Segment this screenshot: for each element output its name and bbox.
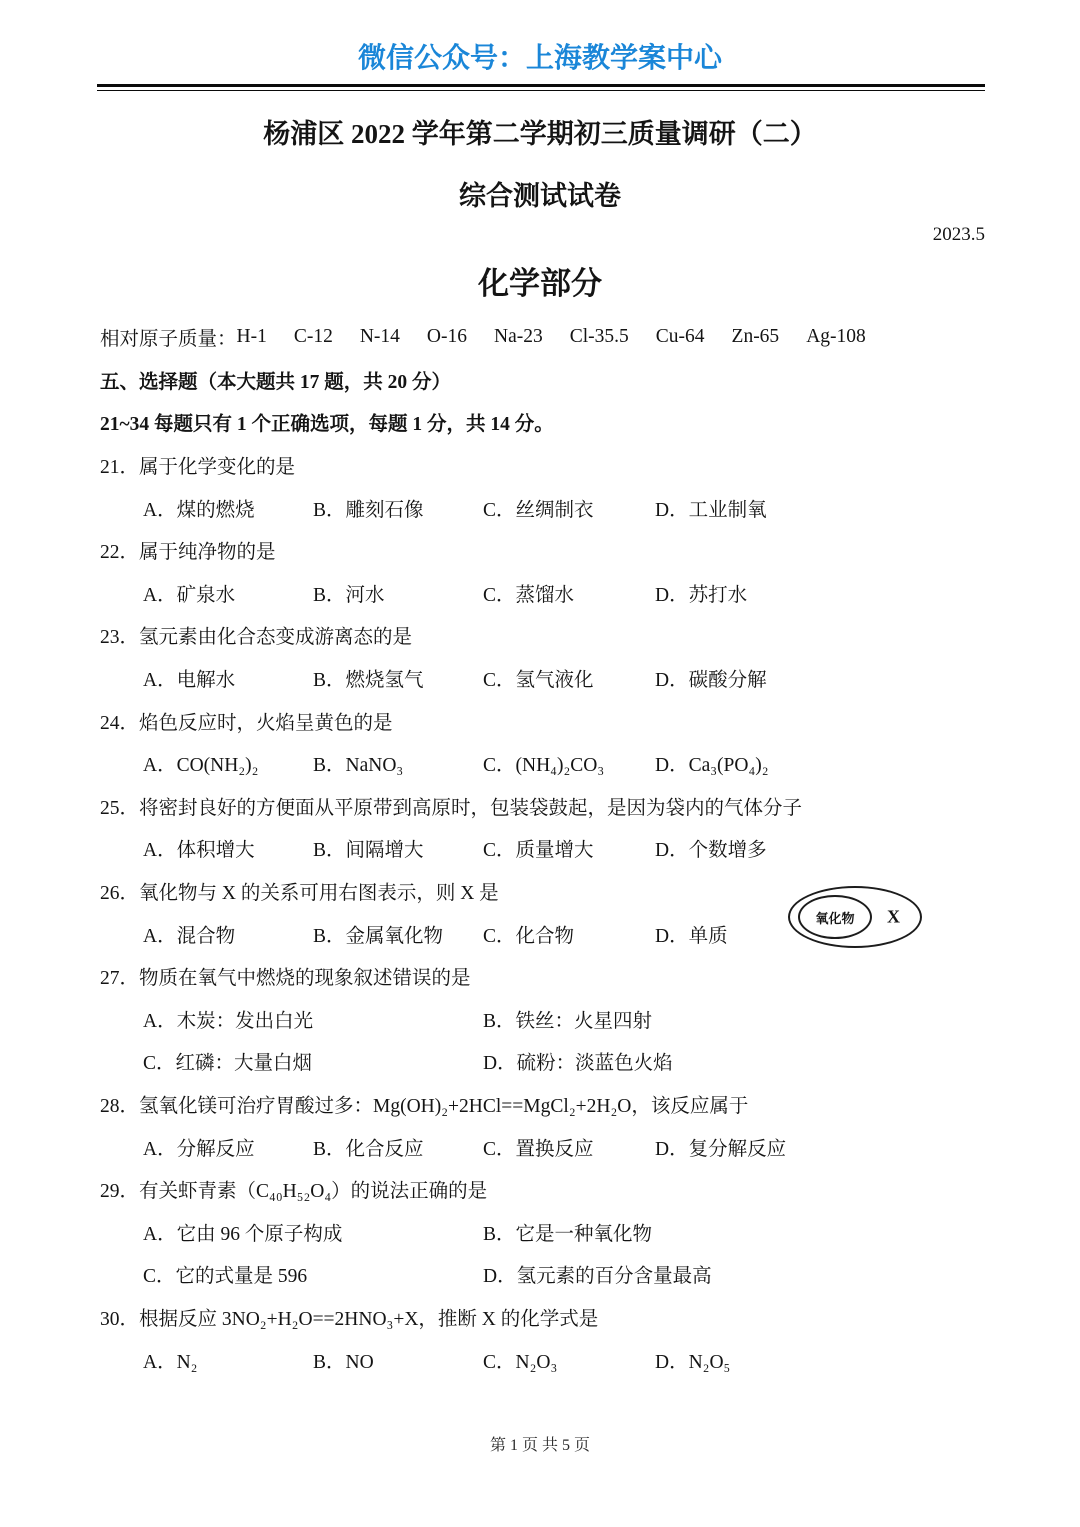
- atomic-masses-label: 相对原子质量：: [100, 323, 237, 351]
- atomic-mass-item: C-12: [294, 326, 333, 348]
- option-label: B．: [313, 670, 346, 691]
- wechat-banner: 微信公众号：上海教学案中心: [0, 36, 1080, 76]
- option-b: B．它是一种氧化物: [483, 1218, 985, 1246]
- question-number: 26．: [100, 877, 139, 905]
- option-a: A．煤的燃烧: [143, 494, 313, 522]
- option-b: B．铁丝：火星四射: [483, 1005, 985, 1033]
- option-label: C．: [483, 926, 516, 947]
- question-28-options: A．分解反应 B．化合反应 C．置换反应 D．复分解反应: [100, 1125, 985, 1168]
- question-number: 21．: [100, 451, 139, 479]
- question-text: 物质在氧气中燃烧的现象叙述错误的是: [139, 962, 471, 990]
- option-b: B．化合反应: [313, 1133, 483, 1161]
- option-label: A．: [143, 1011, 177, 1032]
- option-label: B．: [313, 500, 346, 521]
- question-text: 氧化物与 X 的关系可用右图表示，则 X 是: [139, 877, 499, 905]
- question-25: 25．将密封良好的方便面从平原带到高原时，包装袋鼓起，是因为袋内的气体分子: [100, 785, 985, 828]
- option-text: 丝绸制衣: [516, 500, 594, 521]
- option-b: B．NO: [313, 1346, 483, 1374]
- option-text: N₂: [177, 1352, 198, 1373]
- question-22: 22．属于纯净物的是: [100, 529, 985, 572]
- option-label: C．: [483, 1352, 516, 1373]
- option-text: 金属氧化物: [346, 926, 444, 947]
- option-d: D．硫粉：淡蓝色火焰: [483, 1047, 985, 1075]
- atomic-mass-item: N-14: [360, 326, 400, 348]
- question-text: 焰色反应时，火焰呈黄色的是: [139, 707, 393, 735]
- option-d: D．氢元素的百分含量最高: [483, 1260, 985, 1288]
- option-text: N₂O₅: [689, 1352, 731, 1373]
- option-label: B．: [313, 840, 346, 861]
- question-25-options: A．体积增大 B．间隔增大 C．质量增大 D．个数增多: [100, 827, 985, 870]
- question-27-options-row2: C．红磷：大量白烟 D．硫粉：淡蓝色火焰: [100, 1040, 985, 1083]
- option-text: 铁丝：火星四射: [516, 1011, 653, 1032]
- option-text: CO(NH₂)₂: [177, 755, 259, 776]
- option-text: Ca₃(PO₄)₂: [689, 755, 769, 776]
- option-text: 燃烧氢气: [346, 670, 424, 691]
- option-b: B．间隔增大: [313, 834, 483, 862]
- question-21-options: A．煤的燃烧 B．雕刻石像 C．丝绸制衣 D．工业制氧: [100, 486, 985, 529]
- multiple-choice-instructions: 21~34 每题只有 1 个正确选项，每题 1 分，共 14 分。: [100, 401, 985, 444]
- question-29-options-row1: A．它由 96 个原子构成 B．它是一种氧化物: [100, 1210, 985, 1253]
- option-text: 碳酸分解: [689, 670, 767, 691]
- option-label: A．: [143, 926, 177, 947]
- question-number: 29．: [100, 1175, 139, 1203]
- option-label: C．: [483, 840, 516, 861]
- option-text: 分解反应: [177, 1139, 255, 1160]
- option-text: 置换反应: [516, 1139, 594, 1160]
- question-28: 28．氢氧化镁可治疗胃酸过多：Mg(OH)₂+2HCl==MgCl₂+2H₂O，…: [100, 1083, 985, 1126]
- option-label: C．: [143, 1053, 176, 1074]
- option-label: D．: [655, 840, 689, 861]
- option-b: B．金属氧化物: [313, 920, 483, 948]
- option-label: D．: [655, 585, 689, 606]
- option-text: NO: [346, 1352, 374, 1373]
- question-24: 24．焰色反应时，火焰呈黄色的是: [100, 699, 985, 742]
- option-c: C．红磷：大量白烟: [143, 1047, 483, 1075]
- question-23-options: A．电解水 B．燃烧氢气 C．氢气液化 D．碳酸分解: [100, 657, 985, 700]
- option-text: 工业制氧: [689, 500, 767, 521]
- option-label: D．: [655, 755, 689, 776]
- option-label: C．: [143, 1266, 176, 1287]
- option-text: 矿泉水: [177, 585, 236, 606]
- option-label: B．: [313, 1139, 346, 1160]
- option-text: 单质: [689, 926, 728, 947]
- option-a: A．矿泉水: [143, 579, 313, 607]
- option-text: 蒸馏水: [516, 585, 575, 606]
- option-label: C．: [483, 585, 516, 606]
- option-c: C．氢气液化: [483, 664, 655, 692]
- exam-date: 2023.5: [933, 224, 985, 246]
- question-27-options-row1: A．木炭：发出白光 B．铁丝：火星四射: [100, 998, 985, 1041]
- exam-title: 杨浦区 2022 学年第二学期初三质量调研（二）: [0, 112, 1080, 151]
- option-text: 煤的燃烧: [177, 500, 255, 521]
- exam-body: 相对原子质量： H-1 C-12 N-14 O-16 Na-23 Cl-35.5…: [100, 316, 985, 1381]
- option-c: C．质量增大: [483, 834, 655, 862]
- question-30: 30．根据反应 3NO₂+H₂O==2HNO₃+X，推断 X 的化学式是: [100, 1296, 985, 1339]
- option-a: A．电解水: [143, 664, 313, 692]
- option-text: 个数增多: [689, 840, 767, 861]
- option-label: D．: [483, 1053, 517, 1074]
- question-number: 24．: [100, 707, 139, 735]
- question-number: 27．: [100, 962, 139, 990]
- atomic-mass-item: H-1: [237, 326, 267, 348]
- option-label: D．: [655, 926, 689, 947]
- exam-subtitle: 综合测试试卷: [0, 174, 1080, 213]
- option-b: B．雕刻石像: [313, 494, 483, 522]
- option-text: 它的式量是 596: [176, 1266, 308, 1287]
- option-a: A．分解反应: [143, 1133, 313, 1161]
- question-21: 21．属于化学变化的是: [100, 444, 985, 487]
- question-text: 根据反应 3NO₂+H₂O==2HNO₃+X，推断 X 的化学式是: [139, 1303, 598, 1331]
- option-text: 雕刻石像: [346, 500, 424, 521]
- option-text: 苏打水: [689, 585, 748, 606]
- option-text: 氢元素的百分含量最高: [517, 1266, 712, 1287]
- option-label: D．: [483, 1266, 517, 1287]
- question-27: 27．物质在氧气中燃烧的现象叙述错误的是: [100, 955, 985, 998]
- option-b: B．燃烧氢气: [313, 664, 483, 692]
- page-number-footer: 第 1 页 共 5 页: [0, 1432, 1080, 1455]
- option-label: D．: [655, 670, 689, 691]
- question-number: 30．: [100, 1303, 139, 1331]
- atomic-mass-item: Cl-35.5: [570, 326, 629, 348]
- option-text: 复分解反应: [689, 1139, 787, 1160]
- option-label: C．: [483, 500, 516, 521]
- atomic-mass-item: Cu-64: [656, 326, 705, 348]
- option-label: B．: [483, 1011, 516, 1032]
- option-label: D．: [655, 500, 689, 521]
- option-label: C．: [483, 670, 516, 691]
- option-label: A．: [143, 1352, 177, 1373]
- venn-outer-region-label: X: [887, 907, 900, 928]
- option-c: C．置换反应: [483, 1133, 655, 1161]
- option-d: D．苏打水: [655, 579, 985, 607]
- option-label: B．: [313, 585, 346, 606]
- option-label: A．: [143, 500, 177, 521]
- option-text: NaNO₃: [346, 755, 404, 776]
- option-c: C．蒸馏水: [483, 579, 655, 607]
- option-c: C．化合物: [483, 920, 655, 948]
- option-label: A．: [143, 840, 177, 861]
- option-c: C．(NH₄)₂CO₃: [483, 749, 655, 777]
- option-label: D．: [655, 1139, 689, 1160]
- option-d: D．工业制氧: [655, 494, 985, 522]
- option-text: 它是一种氧化物: [516, 1224, 653, 1245]
- question-23: 23．氢元素由化合态变成游离态的是: [100, 614, 985, 657]
- question-text: 氢氧化镁可治疗胃酸过多：Mg(OH)₂+2HCl==MgCl₂+2H₂O，该反应…: [139, 1090, 748, 1118]
- option-label: A．: [143, 670, 177, 691]
- question-number: 28．: [100, 1090, 139, 1118]
- option-d: D．N₂O₅: [655, 1346, 985, 1374]
- option-d: D．复分解反应: [655, 1133, 985, 1161]
- option-text: N₂O₃: [516, 1352, 558, 1373]
- option-label: A．: [143, 1224, 177, 1245]
- option-text: 化合反应: [346, 1139, 424, 1160]
- question-text: 氢元素由化合态变成游离态的是: [139, 621, 412, 649]
- chemistry-section-title: 化学部分: [0, 258, 1080, 303]
- question-24-options: A．CO(NH₂)₂ B．NaNO₃ C．(NH₄)₂CO₃ D．Ca₃(PO₄…: [100, 742, 985, 785]
- atomic-mass-item: O-16: [427, 326, 467, 348]
- option-label: B．: [313, 755, 346, 776]
- option-text: 电解水: [177, 670, 236, 691]
- option-text: 混合物: [177, 926, 236, 947]
- question-text: 有关虾青素（C₄₀H₅₂O₄）的说法正确的是: [139, 1175, 487, 1203]
- atomic-mass-item: Na-23: [494, 326, 543, 348]
- option-label: C．: [483, 755, 516, 776]
- option-text: 硫粉：淡蓝色火焰: [517, 1053, 673, 1074]
- option-a: A．N₂: [143, 1346, 313, 1374]
- option-d: D．个数增多: [655, 834, 985, 862]
- option-label: A．: [143, 585, 177, 606]
- question-number: 23．: [100, 621, 139, 649]
- option-b: B．河水: [313, 579, 483, 607]
- question-number: 25．: [100, 792, 139, 820]
- option-a: A．CO(NH₂)₂: [143, 749, 313, 777]
- option-text: 河水: [346, 585, 385, 606]
- option-text: (NH₄)₂CO₃: [516, 755, 605, 776]
- option-text: 氢气液化: [516, 670, 594, 691]
- atomic-mass-item: Zn-65: [732, 326, 780, 348]
- atomic-mass-item: Ag-108: [806, 326, 866, 348]
- option-a: A．混合物: [143, 920, 313, 948]
- option-label: A．: [143, 755, 177, 776]
- question-text: 属于纯净物的是: [139, 536, 276, 564]
- option-label: A．: [143, 1139, 177, 1160]
- multiple-choice-heading: 五、选择题（本大题共 17 题，共 20 分）: [100, 359, 985, 402]
- venn-inner-ellipse-label: 氧化物: [798, 895, 872, 939]
- question-29-options-row2: C．它的式量是 596 D．氢元素的百分含量最高: [100, 1253, 985, 1296]
- question-22-options: A．矿泉水 B．河水 C．蒸馏水 D．苏打水: [100, 572, 985, 615]
- option-a: A．它由 96 个原子构成: [143, 1218, 483, 1246]
- question-number: 22．: [100, 536, 139, 564]
- oxide-venn-diagram: 氧化物 X: [788, 886, 922, 948]
- option-text: 体积增大: [177, 840, 255, 861]
- question-29: 29．有关虾青素（C₄₀H₅₂O₄）的说法正确的是: [100, 1168, 985, 1211]
- option-label: C．: [483, 1139, 516, 1160]
- option-c: C．N₂O₃: [483, 1346, 655, 1374]
- option-label: D．: [655, 1352, 689, 1373]
- option-d: D．碳酸分解: [655, 664, 985, 692]
- option-text: 质量增大: [516, 840, 594, 861]
- option-c: C．它的式量是 596: [143, 1260, 483, 1288]
- option-a: A．木炭：发出白光: [143, 1005, 483, 1033]
- option-d: D．Ca₃(PO₄)₂: [655, 749, 985, 777]
- option-c: C．丝绸制衣: [483, 494, 655, 522]
- option-text: 它由 96 个原子构成: [177, 1224, 343, 1245]
- atomic-masses-line: 相对原子质量： H-1 C-12 N-14 O-16 Na-23 Cl-35.5…: [100, 316, 985, 359]
- question-text: 将密封良好的方便面从平原带到高原时，包装袋鼓起，是因为袋内的气体分子: [139, 792, 802, 820]
- option-text: 红磷：大量白烟: [176, 1053, 313, 1074]
- option-label: B．: [313, 1352, 346, 1373]
- option-text: 化合物: [516, 926, 575, 947]
- option-text: 木炭：发出白光: [177, 1011, 314, 1032]
- question-text: 属于化学变化的是: [139, 451, 295, 479]
- option-text: 间隔增大: [346, 840, 424, 861]
- question-30-options: A．N₂ B．NO C．N₂O₃ D．N₂O₅: [100, 1338, 985, 1381]
- option-label: B．: [483, 1224, 516, 1245]
- header-divider: [97, 84, 985, 91]
- option-a: A．体积增大: [143, 834, 313, 862]
- option-b: B．NaNO₃: [313, 749, 483, 777]
- exam-page: 微信公众号：上海教学案中心 杨浦区 2022 学年第二学期初三质量调研（二） 综…: [0, 0, 1080, 1527]
- option-label: B．: [313, 926, 346, 947]
